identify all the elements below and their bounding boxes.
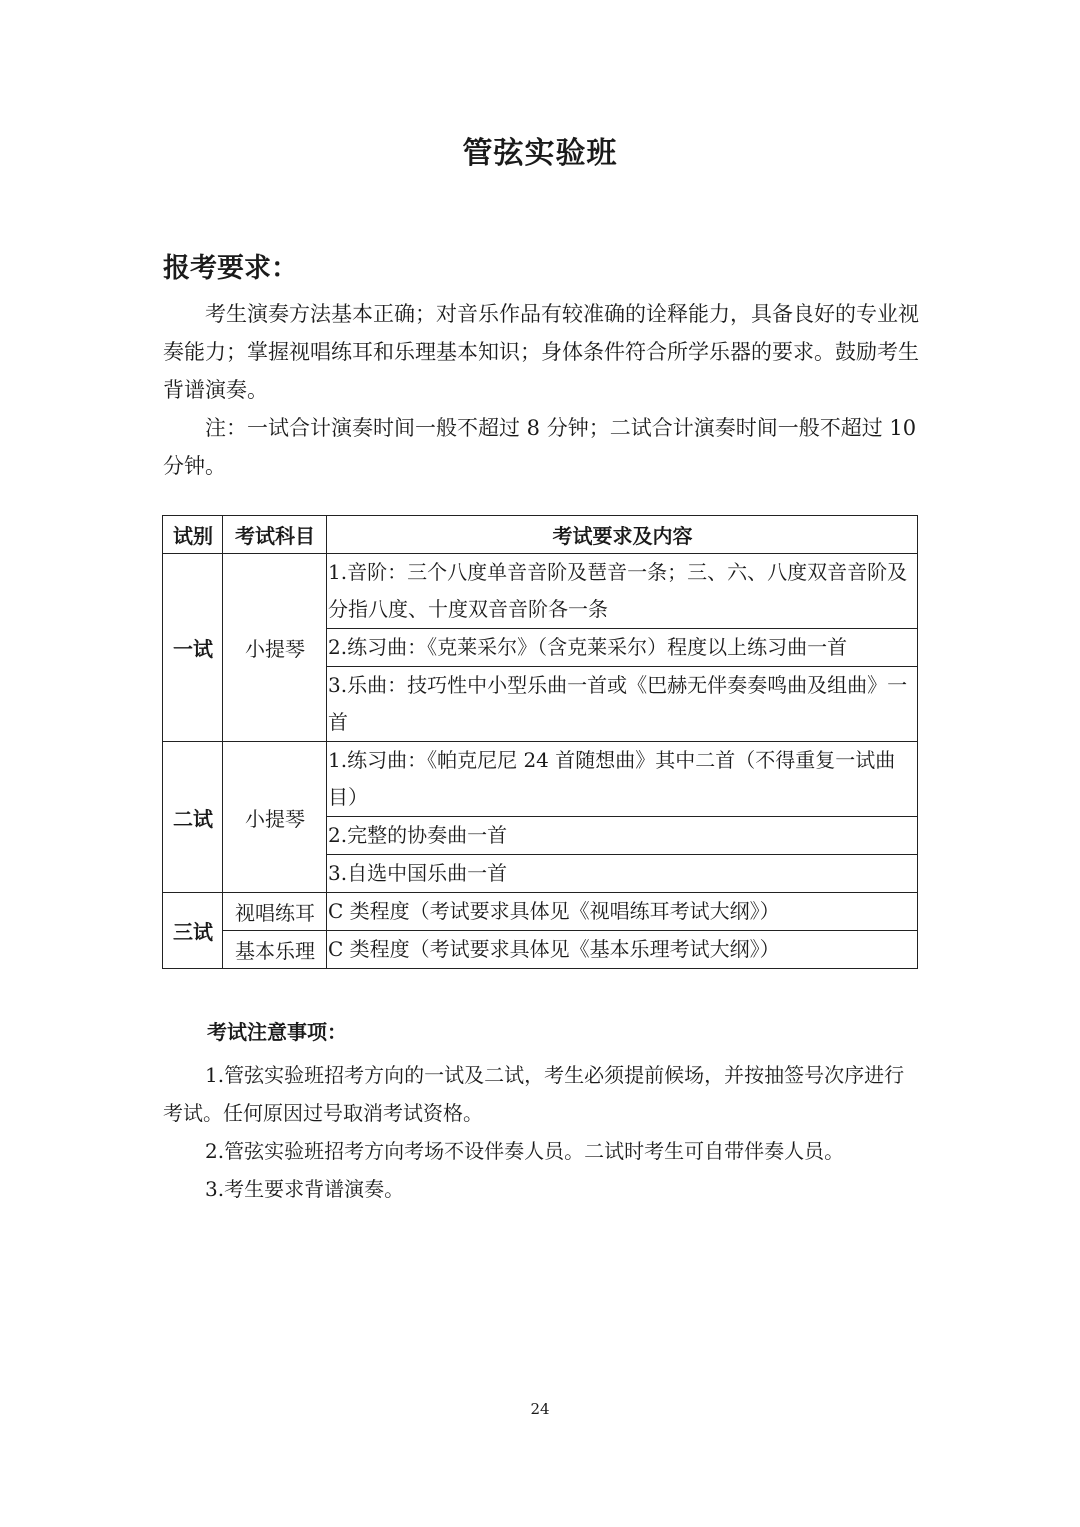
- notes-heading: 考试注意事项：: [207, 1016, 347, 1045]
- page-number: 24: [0, 1400, 1080, 1418]
- content-cell: 3.自选中国乐曲一首: [327, 855, 918, 893]
- note-item: 2.管弦实验班招考方向考场不设伴奏人员。二试时考生可自带伴奏人员。: [163, 1132, 923, 1170]
- requirements-heading: 报考要求：: [163, 246, 298, 285]
- table-row: 三试 视唱练耳 C 类程度（考试要求具体见《视唱练耳考试大纲》）: [163, 893, 918, 931]
- content-cell: 2.练习曲：《克莱采尔》（含克莱采尔）程度以上练习曲一首: [327, 629, 918, 667]
- subject-cell: 小提琴: [223, 742, 327, 893]
- requirements-note: 注：一试合计演奏时间一般不超过 8 分钟；二试合计演奏时间一般不超过 10 分钟…: [163, 409, 923, 485]
- content-cell: 2.完整的协奏曲一首: [327, 817, 918, 855]
- content-cell: 3.乐曲：技巧性中小型乐曲一首或《巴赫无伴奏奏鸣曲及组曲》一首: [327, 667, 918, 742]
- round-cell: 三试: [163, 893, 223, 969]
- content-cell: C 类程度（考试要求具体见《视唱练耳考试大纲》）: [327, 893, 918, 931]
- header-content: 考试要求及内容: [327, 516, 918, 554]
- table-header-row: 试别 考试科目 考试要求及内容: [163, 516, 918, 554]
- subject-cell: 基本乐理: [223, 931, 327, 969]
- content-cell: C 类程度（考试要求具体见《基本乐理考试大纲》）: [327, 931, 918, 969]
- requirements-body: 考生演奏方法基本正确；对音乐作品有较准确的诠释能力，具备良好的专业视奏能力；掌握…: [163, 295, 923, 485]
- header-round: 试别: [163, 516, 223, 554]
- round-cell: 一试: [163, 554, 223, 742]
- note-item: 1.管弦实验班招考方向的一试及二试，考生必须提前候场，并按抽签号次序进行考试。任…: [163, 1056, 923, 1132]
- page-title: 管弦实验班: [0, 128, 1080, 172]
- table-row: 二试 小提琴 1.练习曲：《帕克尼尼 24 首随想曲》其中二首（不得重复一试曲目…: [163, 742, 918, 817]
- content-cell: 1.音阶：三个八度单音音阶及琶音一条；三、六、八度双音音阶及分指八度、十度双音音…: [327, 554, 918, 629]
- header-subject: 考试科目: [223, 516, 327, 554]
- subject-cell: 视唱练耳: [223, 893, 327, 931]
- content-cell: 1.练习曲：《帕克尼尼 24 首随想曲》其中二首（不得重复一试曲目）: [327, 742, 918, 817]
- round-cell: 二试: [163, 742, 223, 893]
- notes-list: 1.管弦实验班招考方向的一试及二试，考生必须提前候场，并按抽签号次序进行考试。任…: [163, 1056, 923, 1208]
- table-row: 基本乐理 C 类程度（考试要求具体见《基本乐理考试大纲》）: [163, 931, 918, 969]
- requirements-paragraph: 考生演奏方法基本正确；对音乐作品有较准确的诠释能力，具备良好的专业视奏能力；掌握…: [163, 295, 923, 409]
- table-row: 一试 小提琴 1.音阶：三个八度单音音阶及琶音一条；三、六、八度双音音阶及分指八…: [163, 554, 918, 629]
- subject-cell: 小提琴: [223, 554, 327, 742]
- note-item: 3.考生要求背谱演奏。: [163, 1170, 923, 1208]
- exam-table: 试别 考试科目 考试要求及内容 一试 小提琴 1.音阶：三个八度单音音阶及琶音一…: [162, 515, 918, 969]
